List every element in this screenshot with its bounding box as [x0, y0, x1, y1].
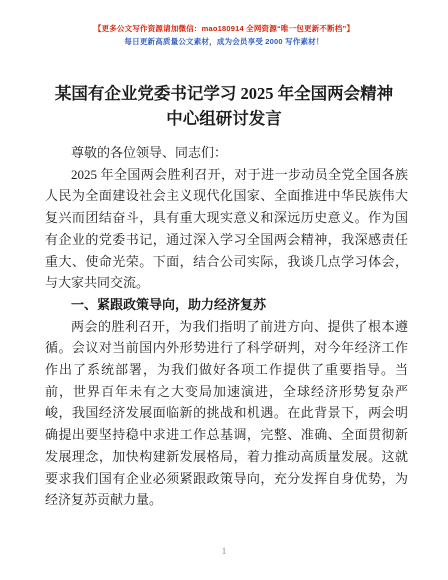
paragraph: 两会的胜利召开，为我们指明了前进方向、提供了根本遵循。会议对当前国内外形势进行了…	[45, 316, 408, 511]
document-title: 某国有企业党委书记学习 2025 年全国两会精神中心组研讨发言	[50, 81, 398, 131]
promo-header-line1: 【更多公文写作资源请加微信：mao180914 全网资源“唯一包更新不断档”】	[0, 22, 448, 35]
section-heading-1: 一、紧跟政策导向，助力经济复苏	[45, 294, 408, 316]
document-body: 尊敬的各位领导、同志们： 2025 年全国两会胜利召开，对于进一步动员全党全国各…	[0, 142, 448, 511]
promo-header-line2: 每日更新高质量公文素材，成为会员享受 2000 写作素材！	[0, 35, 448, 48]
page-number: 1	[0, 546, 448, 556]
document-page: 【更多公文写作资源请加微信：mao180914 全网资源“唯一包更新不断档”】 …	[0, 0, 448, 580]
salutation: 尊敬的各位领导、同志们：	[45, 142, 408, 164]
promo-header: 【更多公文写作资源请加微信：mao180914 全网资源“唯一包更新不断档”】 …	[0, 0, 448, 48]
paragraph: 2025 年全国两会胜利召开，对于进一步动员全党全国各族人民为全面建设社会主义现…	[45, 164, 408, 294]
